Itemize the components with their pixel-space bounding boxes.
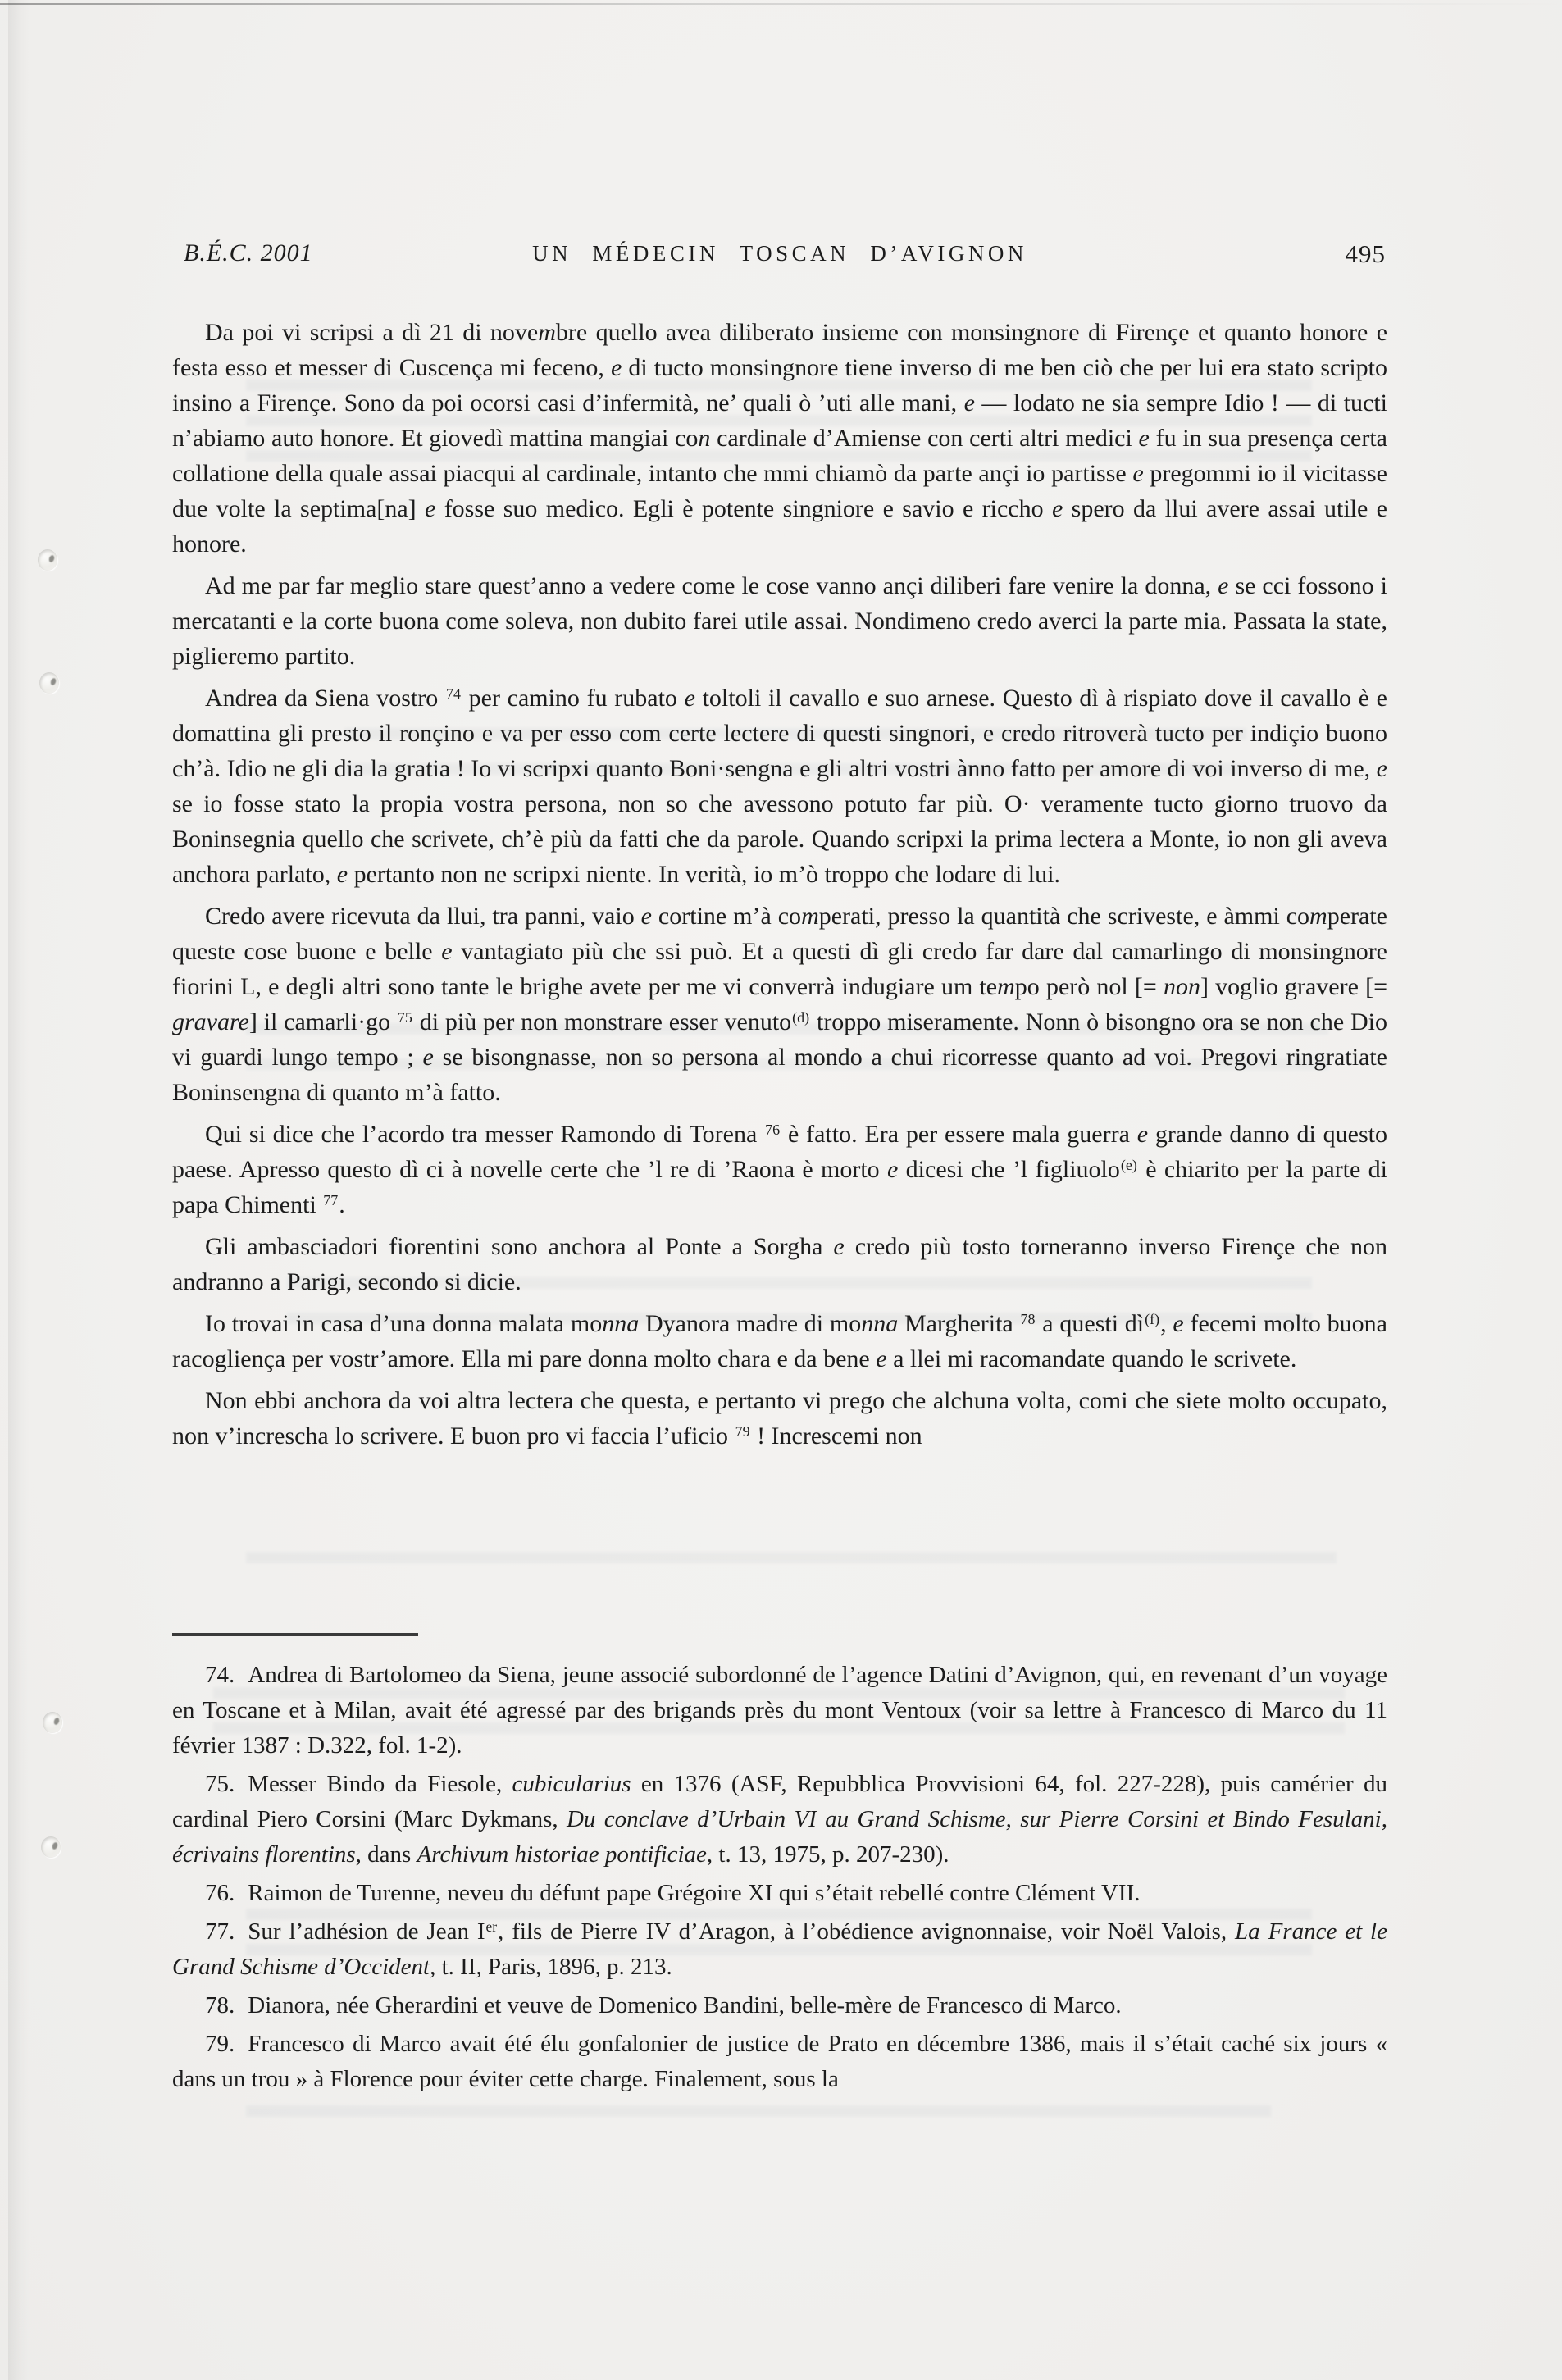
footnote: 78.Dianora, née Gherardini et veuve de D… (172, 1988, 1387, 2023)
footnote-text: Dianora, née Gherardini et veuve de Dome… (248, 1992, 1121, 2018)
bleed-through (246, 2099, 1271, 2137)
footnote-separator (172, 1633, 418, 1636)
binding-fold-shadow (8, 0, 30, 2380)
letter-paragraph: Qui si dice che l’acordo tra messer Ramo… (172, 1117, 1387, 1222)
scan-top-edge (0, 3, 1562, 5)
footnote: 77.Sur l’adhésion de Jean Ier, fils de P… (172, 1914, 1387, 1985)
footnote: 75.Messer Bindo da Fiesole, cubicularius… (172, 1767, 1387, 1873)
footnotes: 74.Andrea di Bartolomeo da Siena, jeune … (172, 1658, 1387, 2100)
footnote-number: 79. (205, 2031, 235, 2057)
staple-mark (43, 1712, 62, 1733)
footnote-text: Raimon de Turenne, neveu du défunt pape … (248, 1880, 1140, 1906)
letter-paragraph: Andrea da Siena vostro 74 per camino fu … (172, 680, 1387, 892)
footnote: 74.Andrea di Bartolomeo da Siena, jeune … (172, 1658, 1387, 1763)
page-number: 495 (1346, 239, 1387, 269)
letter-paragraph: Io trovai in casa d’una donna malata mon… (172, 1306, 1387, 1377)
footnote: 76.Raimon de Turenne, neveu du défunt pa… (172, 1876, 1387, 1911)
footnote-text: Messer Bindo da Fiesole, cubicularius en… (172, 1771, 1387, 1868)
footnote-number: 74. (205, 1662, 235, 1688)
footnote-text: Andrea di Bartolomeo da Siena, jeune ass… (172, 1662, 1387, 1759)
footnote-number: 75. (205, 1771, 235, 1797)
footnote-number: 78. (205, 1992, 235, 2018)
running-title: UN MÉDECIN TOSCAN D’AVIGNON (172, 241, 1387, 266)
letter-paragraph: Da poi vi scripsi a dì 21 di novembre qu… (172, 315, 1387, 562)
journal-page: B.É.C. 2001 UN MÉDECIN TOSCAN D’AVIGNON … (0, 0, 1562, 2380)
letter-paragraph: Credo avere ricevuta da llui, tra panni,… (172, 899, 1387, 1110)
staple-mark (41, 1836, 61, 1858)
letter-paragraph: Ad me par far meglio stare quest’anno a … (172, 568, 1387, 674)
staple-mark (38, 549, 57, 571)
footnote-number: 77. (205, 1918, 235, 1945)
footnote: 79.Francesco di Marco avait été élu gonf… (172, 2027, 1387, 2097)
letter-paragraph: Gli ambasciadori fiorentini sono anchora… (172, 1229, 1387, 1299)
footnote-text: Francesco di Marco avait été élu gonfalo… (172, 2031, 1387, 2092)
page-header: B.É.C. 2001 UN MÉDECIN TOSCAN D’AVIGNON … (172, 239, 1387, 275)
footnote-text: Sur l’adhésion de Jean Ier, fils de Pier… (172, 1918, 1387, 1980)
staple-mark (39, 672, 59, 694)
letter-paragraph: Non ebbi anchora da voi altra lectera ch… (172, 1383, 1387, 1454)
bleed-through (246, 1545, 1337, 1584)
letter-text: Da poi vi scripsi a dì 21 di novembre qu… (172, 315, 1387, 1460)
footnote-number: 76. (205, 1880, 235, 1906)
